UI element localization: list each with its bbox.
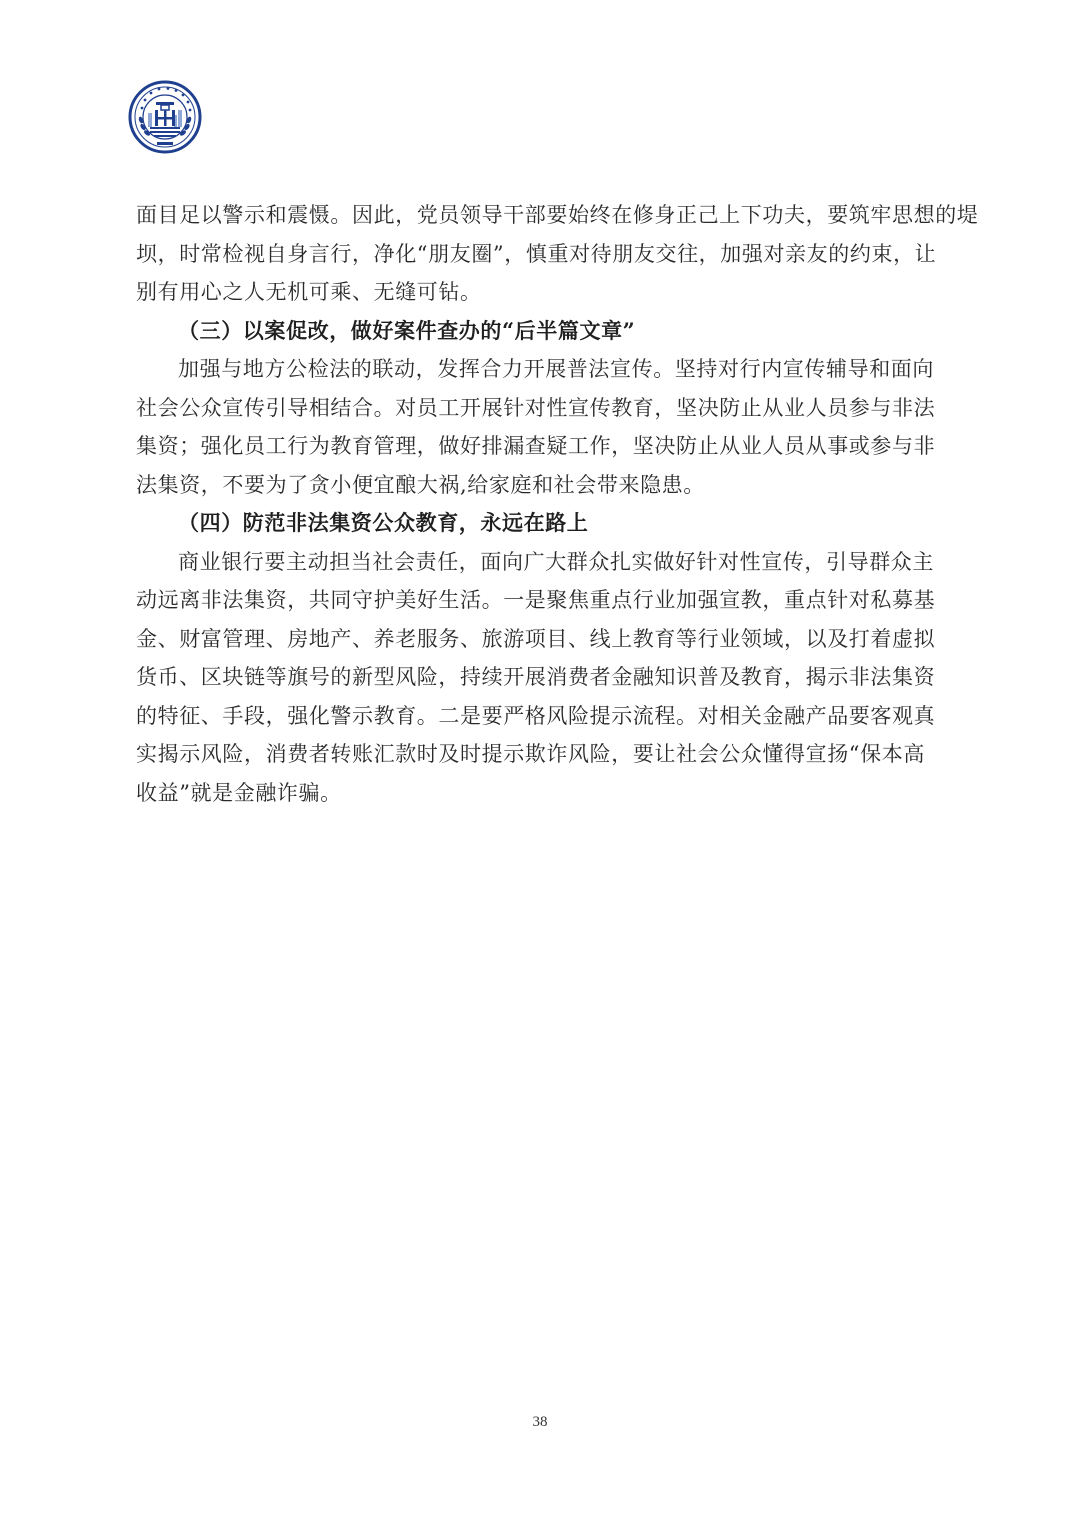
paragraph-continued: 面目足以警示和震慑。因此，党员领导干部要始终在修身正己上下功夫，要筑牢思想的堤 … <box>136 196 948 312</box>
text-line: 商业银行要主动担当社会责任，面向广大群众扎实做好针对性宣传，引导群众主 <box>136 543 948 582</box>
section-4: （四）防范非法集资公众教育，永远在路上 商业银行要主动担当社会责任，面向广大群众… <box>136 504 948 812</box>
bank-emblem-icon <box>128 80 202 154</box>
text-line: 实揭示风险，消费者转账汇款时及时提示欺诈风险，要让社会公众懂得宣扬“保本高 <box>136 735 948 774</box>
section-heading: （三）以案促改，做好案件查办的“后半篇文章” <box>136 312 948 351</box>
page-number: 38 <box>0 1414 1080 1431</box>
text-line: 集资；强化员工行为教育管理，做好排漏查疑工作，坚决防止从业人员从事或参与非 <box>136 427 948 466</box>
text-line: 法集资，不要为了贪小便宜酿大祸,给家庭和社会带来隐患。 <box>136 466 948 505</box>
text-line: 坝，时常检视自身言行，净化“朋友圈”，慎重对待朋友交往，加强对亲友的约束，让 <box>136 235 948 274</box>
text-line: 面目足以警示和震慑。因此，党员领导干部要始终在修身正己上下功夫，要筑牢思想的堤 <box>136 196 948 235</box>
document-body: 面目足以警示和震慑。因此，党员领导干部要始终在修身正己上下功夫，要筑牢思想的堤 … <box>136 196 948 812</box>
text-line: 货币、区块链等旗号的新型风险，持续开展消费者金融知识普及教育，揭示非法集资 <box>136 658 948 697</box>
text-line: 加强与地方公检法的联动，发挥合力开展普法宣传。坚持对行内宣传辅导和面向 <box>136 350 948 389</box>
section-3: （三）以案促改，做好案件查办的“后半篇文章” 加强与地方公检法的联动，发挥合力开… <box>136 312 948 505</box>
text-line: 动远离非法集资，共同守护美好生活。一是聚焦重点行业加强宣教，重点针对私募基 <box>136 581 948 620</box>
text-line: 社会公众宣传引导相结合。对员工开展针对性宣传教育，坚决防止从业人员参与非法 <box>136 389 948 428</box>
text-line: 的特征、手段，强化警示教育。二是要严格风险提示流程。对相关金融产品要客观真 <box>136 697 948 736</box>
text-line: 金、财富管理、房地产、养老服务、旅游项目、线上教育等行业领域，以及打着虚拟 <box>136 620 948 659</box>
text-line: 别有用心之人无机可乘、无缝可钻。 <box>136 273 948 312</box>
section-heading: （四）防范非法集资公众教育，永远在路上 <box>136 504 948 543</box>
text-line: 收益”就是金融诈骗。 <box>136 774 948 813</box>
